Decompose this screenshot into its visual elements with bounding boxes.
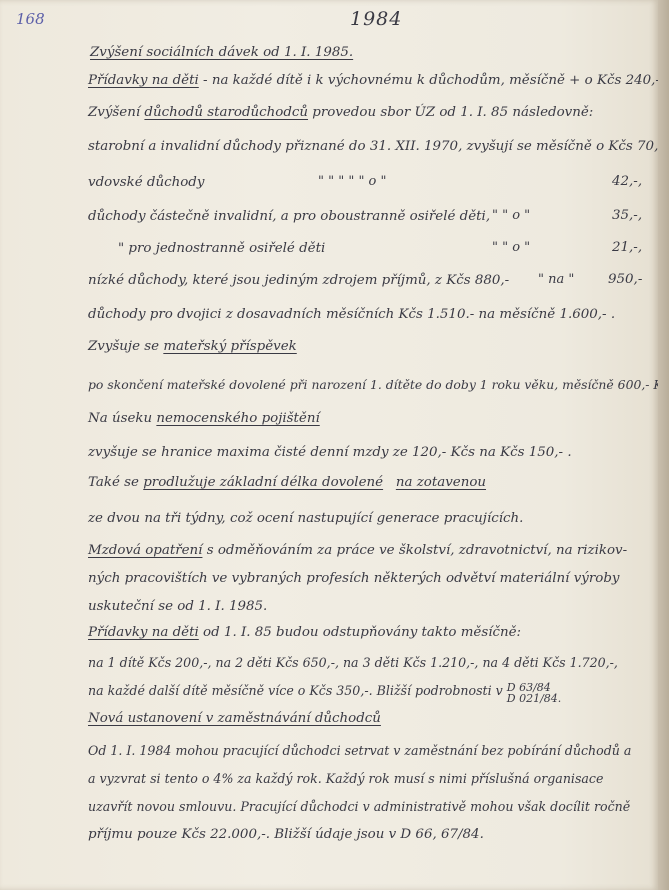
line-text: provedou sbor ÚZ od 1. I. 85 následovně: bbox=[308, 105, 593, 120]
text-line: příjmu pouze Kčs 22.000,-. Bližší údaje … bbox=[88, 826, 484, 844]
text-line: Zvyšuje se mateřský příspěvek bbox=[88, 338, 297, 356]
subheading: Přídavky na děti bbox=[88, 625, 199, 640]
text-line: ných pracovištích ve vybraných profesích… bbox=[88, 570, 619, 588]
amount: 42,-, bbox=[612, 174, 642, 189]
amount: 950,- bbox=[608, 272, 642, 287]
year-heading: 1984 bbox=[350, 8, 402, 30]
text-line: Na úseku nemocenského pojištění bbox=[88, 410, 320, 428]
line-text: Zvýšení bbox=[88, 105, 144, 120]
amount: 21,-, bbox=[612, 240, 642, 255]
text-line: starobní a invalidní důchody přiznané do… bbox=[88, 138, 667, 156]
text-line: ze dvou na tři týdny, což ocení nastupuj… bbox=[88, 510, 523, 528]
text-line: a vyzvrat si tento o 4% za každý rok. Ka… bbox=[88, 770, 603, 788]
subheading: prodlužuje základní délka dovolené bbox=[143, 475, 383, 490]
text-line: důchody pro dvojici z dosavadních měsíčn… bbox=[88, 306, 615, 324]
ditto-marks: " na " bbox=[538, 272, 574, 287]
line-text: od 1. I. 85 budou odstupňovány takto měs… bbox=[199, 625, 521, 640]
book-spine-edge bbox=[658, 0, 669, 890]
ditto-marks: " " o " bbox=[492, 240, 530, 255]
text-line: důchody částečně invalidní, a pro oboust… bbox=[88, 208, 490, 226]
line-text: na každé další dítě měsíčně více o Kčs 3… bbox=[88, 683, 507, 698]
subheading: mateřský příspěvek bbox=[163, 339, 296, 354]
subheading: Mzdová opatření bbox=[88, 543, 202, 558]
subheading: na zotavenou bbox=[396, 475, 486, 490]
text-line: zvyšuje se hranice maxima čisté denní mz… bbox=[88, 444, 572, 462]
document-reference: D 63/84D 021/84. bbox=[507, 682, 562, 704]
text-line: Přídavky na děti - na každé dítě i k výc… bbox=[88, 72, 664, 90]
line-text: Zvyšuje se bbox=[88, 339, 163, 354]
text-line: Mzdová opatření s odměňováním za práce v… bbox=[88, 542, 627, 560]
text-line: Nová ustanovení v zaměstnávání důchodců bbox=[88, 710, 381, 728]
text-line: na 1 dítě Kčs 200,-, na 2 děti Kčs 650,-… bbox=[88, 654, 618, 672]
subheading: důchodů starodůchodců bbox=[144, 105, 308, 120]
text-line: Zvýšení důchodů starodůchodců provedou s… bbox=[88, 104, 593, 122]
subheading: Nová ustanovení v zaměstnávání důchodců bbox=[88, 711, 381, 726]
subheading: nemocenského pojištění bbox=[156, 411, 319, 426]
text-line: na každé další dítě měsíčně více o Kčs 3… bbox=[88, 682, 561, 704]
text-line: uzavřít novou smlouvu. Pracující důchodc… bbox=[88, 798, 630, 816]
line-text: - na každé dítě i k výchovnému k důchodů… bbox=[199, 73, 664, 88]
text-line: uskuteční se od 1. I. 1985. bbox=[88, 598, 267, 616]
text-line: Od 1. I. 1984 mohou pracující důchodci s… bbox=[88, 742, 631, 760]
text-line: po skončení mateřské dovolené při naroze… bbox=[88, 376, 669, 394]
chronicle-page: 168 1984 Zvýšení sociálních dávek od 1. … bbox=[0, 0, 658, 890]
line-text: Na úseku bbox=[88, 411, 156, 426]
line-text: Také se bbox=[88, 475, 143, 490]
ditto-marks: " " " " " o " bbox=[318, 174, 387, 189]
text-line: vdovské důchody bbox=[88, 174, 204, 192]
ditto-marks: " " o " bbox=[492, 208, 530, 223]
text-line: " pro jednostranně osiřelé děti bbox=[118, 240, 325, 258]
text-line: Také se prodlužuje základní délka dovole… bbox=[88, 474, 486, 492]
reference-bottom: D 021/84. bbox=[507, 692, 562, 705]
page-number: 168 bbox=[16, 10, 45, 28]
line-text: s odměňováním za práce ve školství, zdra… bbox=[202, 543, 627, 558]
text-line: nízké důchody, které jsou jediným zdroje… bbox=[88, 272, 509, 290]
section-title: Zvýšení sociálních dávek od 1. I. 1985. bbox=[90, 44, 353, 62]
text-line: Přídavky na děti od 1. I. 85 budou odstu… bbox=[88, 624, 521, 642]
amount: 35,-, bbox=[612, 208, 642, 223]
subheading: Přídavky na děti bbox=[88, 73, 199, 88]
